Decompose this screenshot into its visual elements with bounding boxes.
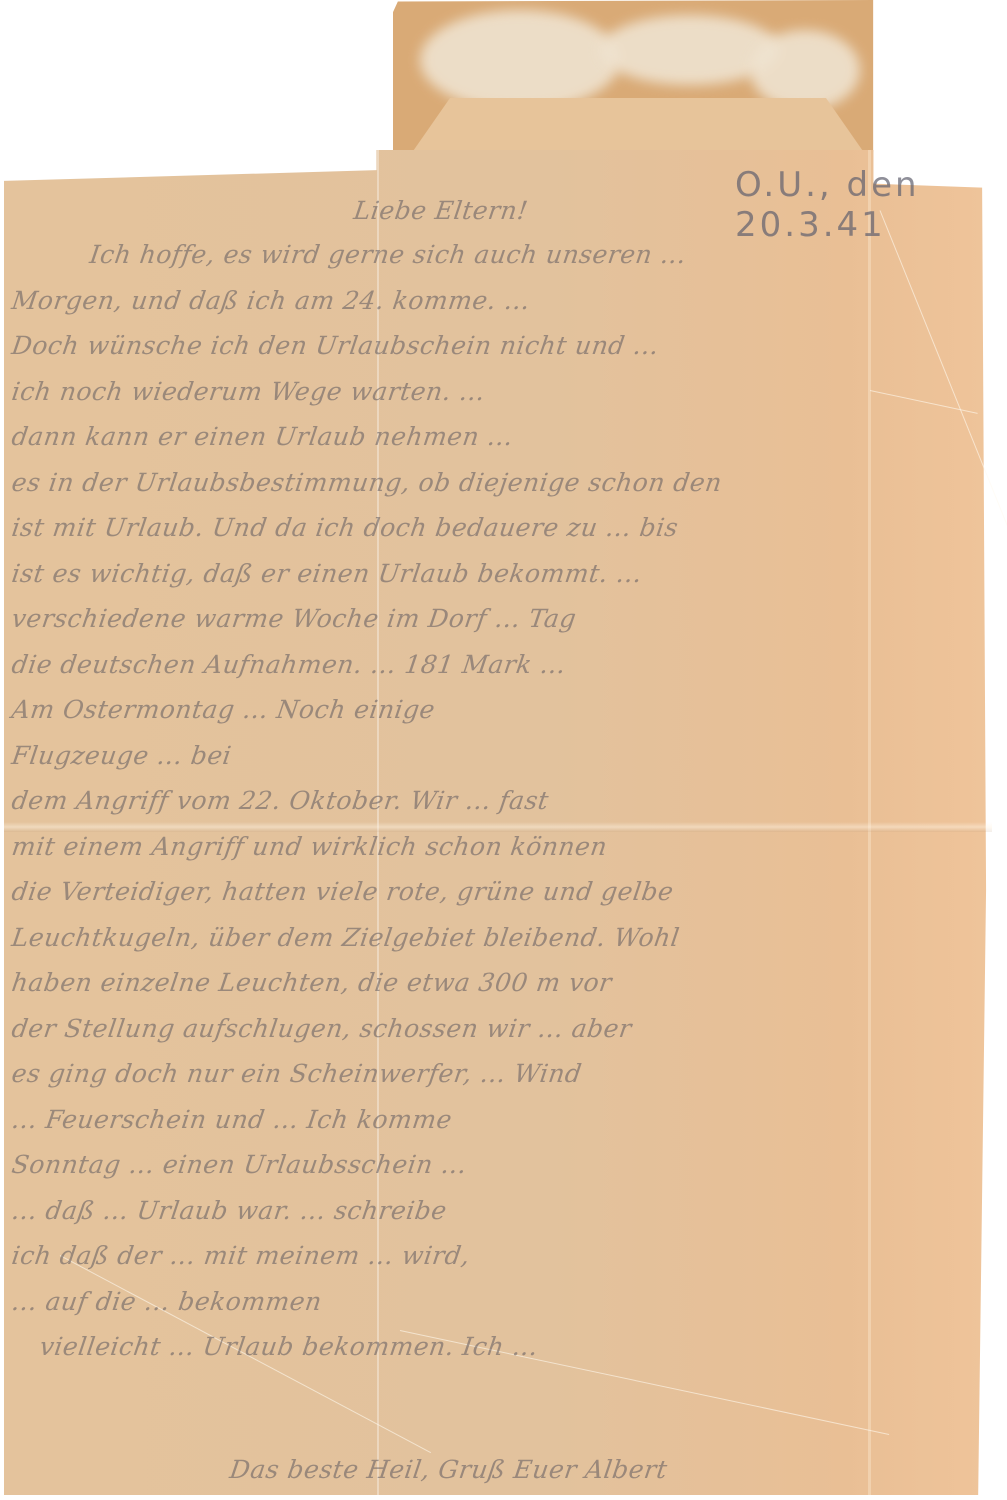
- letter-line: Flugzeuge ... bei: [10, 741, 233, 770]
- letter-line: ich daß der ... mit meinem ... wird,: [10, 1241, 472, 1270]
- letter-line: dem Angriff vom 22. Oktober. Wir ... fas…: [10, 786, 551, 815]
- letter-line: haben einzelne Leuchten, die etwa 300 m …: [10, 968, 614, 997]
- letter-line: ... Feuerschein und ... Ich komme: [10, 1105, 454, 1134]
- letter-line: Sonntag ... einen Urlaubsschein ...: [10, 1150, 469, 1179]
- letter-line: Doch wünsche ich den Urlaubschein nicht …: [10, 331, 661, 360]
- letter-line: Ich hoffe, es wird gerne sich auch unser…: [88, 240, 688, 269]
- letter-line: ... auf die ... bekommen: [10, 1287, 324, 1316]
- date-line: O.U., den 20.3.41: [735, 165, 1007, 245]
- letter-line: ist es wichtig, daß er einen Urlaub beko…: [10, 559, 644, 588]
- letter-line: ist mit Urlaub. Und da ich doch bedauere…: [10, 513, 680, 542]
- letter-line: Morgen, und daß ich am 24. komme. ...: [10, 286, 532, 315]
- letter-line: verschiedene warme Woche im Dorf ... Tag: [10, 604, 578, 633]
- letter-line: die Verteidiger, hatten viele rote, grün…: [10, 877, 676, 906]
- letter-line: mit einem Angriff und wirklich schon kön…: [10, 832, 609, 861]
- letter-line: ich noch wiederum Wege warten. ...: [10, 377, 487, 406]
- salutation: Liebe Eltern!: [352, 196, 530, 225]
- letter-line: Am Ostermontag ... Noch einige: [10, 695, 437, 724]
- letter-line: der Stellung aufschlugen, schossen wir .…: [10, 1014, 634, 1043]
- letter-line: Leuchtkugeln, über dem Zielgebiet bleibe…: [10, 923, 681, 952]
- letter-line: Das beste Heil, Gruß Euer Albert: [228, 1455, 669, 1484]
- letter-line: es in der Urlaubsbestimmung, ob diejenig…: [10, 468, 724, 497]
- letter-line: ... daß ... Urlaub war. ... schreibe: [10, 1196, 449, 1225]
- envelope-flap-fold: [403, 98, 873, 152]
- letter-line: dann kann er einen Urlaub nehmen ...: [10, 422, 515, 451]
- fold-line-horizontal: [4, 822, 992, 832]
- letter-line: die deutschen Aufnahmen. ... 181 Mark ..…: [10, 650, 568, 679]
- flap-stain: [420, 10, 620, 110]
- letter-line: vielleicht ... Urlaub bekommen. Ich ...: [38, 1332, 540, 1361]
- letter-line: es ging doch nur ein Scheinwerfer, ... W…: [10, 1059, 584, 1088]
